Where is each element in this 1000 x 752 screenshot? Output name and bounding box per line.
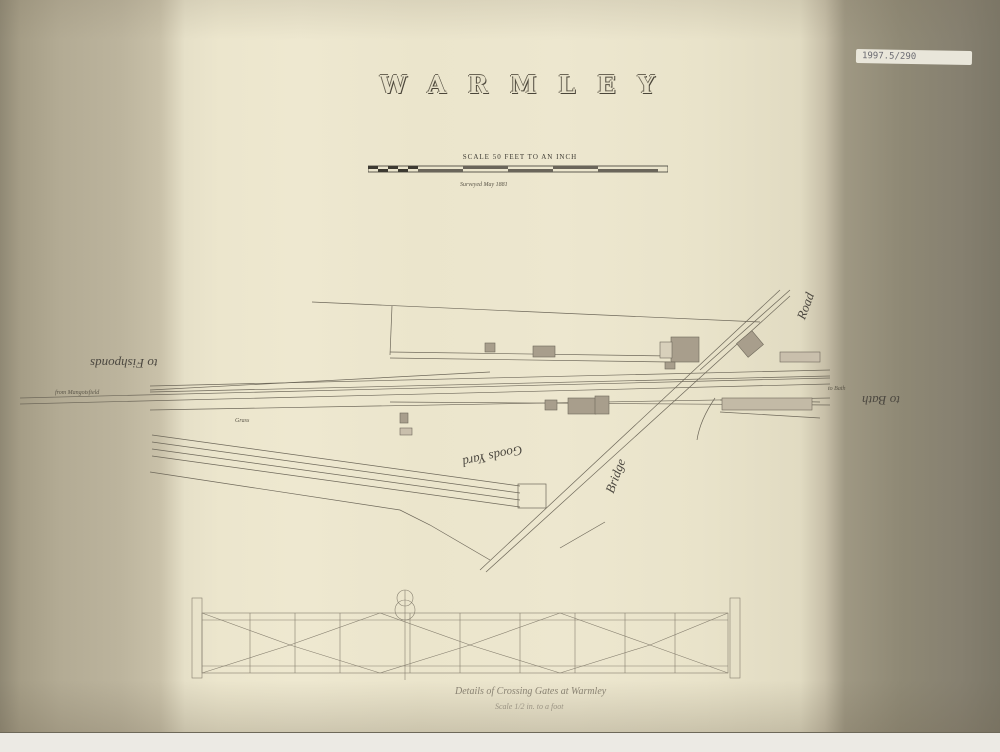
gate-caption-scale: Scale 1/2 in. to a foot	[495, 702, 563, 711]
field-label: Grass	[235, 418, 249, 424]
line-from-label: from Mangotsfield	[55, 390, 99, 396]
line-to-label: to Bath	[828, 386, 846, 392]
station-buildings	[400, 331, 820, 435]
gate-caption: Details of Crossing Gates at Warmley	[455, 686, 606, 697]
left-hand-note: to Fishponds	[90, 355, 158, 371]
right-hand-note: to Bath	[862, 392, 900, 408]
crossing-gates-elevation	[192, 590, 740, 680]
station-plan	[0, 0, 1000, 752]
